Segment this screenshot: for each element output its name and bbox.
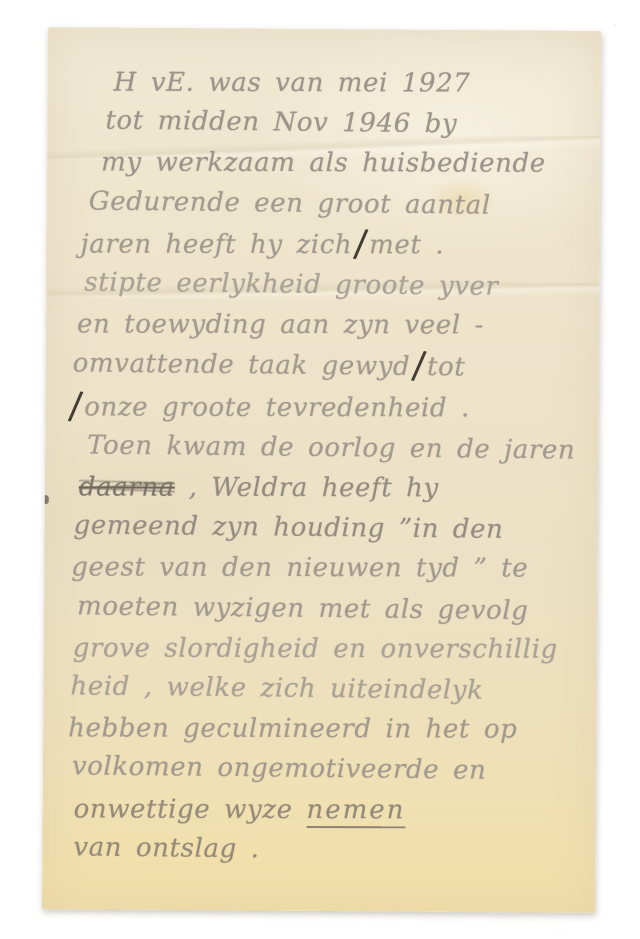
text-segment: H vE. was van mei 1927 (114, 68, 471, 99)
handwritten-line: tot midden Nov 1946 by (105, 101, 596, 146)
ink-correction-mark: / (66, 378, 86, 433)
text-segment: my werkzaam als huisbediende (101, 148, 546, 179)
handwritten-line: H vE. was van mei 1927 (114, 63, 597, 104)
handwriting-block: H vE. was van mei 1927tot midden Nov 194… (56, 61, 597, 872)
text-segment: stipte eerlykheid groote yver (84, 267, 499, 301)
text-segment: gemeend zyn houding ”in den (73, 511, 503, 545)
handwritten-line: heid , welke zich uiteindelyk (70, 666, 592, 712)
text-segment: omvattende taak gewyd (73, 349, 411, 383)
handwritten-line: omvattende taak gewyd/tot (73, 343, 595, 390)
text-segment: tot midden Nov 1946 by (105, 106, 457, 140)
text-segment: heid , welke zich uiteindelyk (70, 671, 483, 705)
handwritten-line: van ontslag . (73, 827, 591, 873)
paper-edge-nick (44, 495, 49, 504)
ink-correction-mark: / (351, 216, 371, 271)
text-segment: geest van den nieuwen tyd ” te (71, 553, 528, 584)
handwritten-line: jaren heeft hy zich/met . (81, 223, 596, 266)
handwritten-line: volkomen ongemotiveerde en (72, 747, 592, 793)
handwritten-line: /onze groote tevredenheid . (67, 386, 594, 429)
text-segment: hebben geculmineerd in het op (68, 714, 517, 745)
text-segment: Gedurende een groot aantal (89, 186, 491, 220)
text-segment: van ontslag . (73, 832, 259, 864)
handwritten-line: moeten wyzigen met als gevolg (77, 586, 593, 632)
handwritten-line: onwettige wyze nemen (74, 789, 592, 831)
handwritten-line: my werkzaam als huisbediende (101, 143, 596, 184)
text-segment: volkomen ongemotiveerde en (72, 752, 487, 786)
handwritten-line: stipte eerlykheid groote yver (84, 262, 595, 308)
handwritten-line: Toen kwam de oorlog en de jaren (87, 425, 594, 471)
scribbled-out-word: daarna (79, 472, 175, 502)
text-segment: onwettige wyze (74, 794, 307, 825)
text-segment: jaren heeft hy zich (81, 229, 353, 260)
paper-sheet: H vE. was van mei 1927tot midden Nov 194… (42, 27, 601, 913)
text-segment: met . (369, 230, 444, 260)
text-segment: , Weldra heeft hy (175, 473, 439, 504)
text-segment: onze groote tevredenheid . (84, 392, 470, 423)
handwritten-line: geest van den nieuwen tyd ” te (71, 548, 593, 590)
underlined-word: nemen (306, 795, 405, 828)
text-segment: moeten wyzigen met als gevolg (77, 591, 529, 626)
text-segment: tot (427, 352, 466, 382)
handwritten-line: daarna , Weldra heeft hy (79, 467, 594, 509)
handwritten-line: hebben geculmineerd in het op (68, 709, 592, 751)
handwritten-line: Gedurende een groot aantal (89, 181, 596, 227)
handwritten-line: gemeend zyn houding ”in den (73, 506, 593, 552)
text-segment: en toewyding aan zyn veel - (77, 310, 484, 341)
text-segment: grove slordigheid en onverschillig (73, 633, 558, 664)
handwritten-line: en toewyding aan zyn veel - (77, 305, 595, 347)
text-segment: Toen kwam de oorlog en de jaren (87, 430, 575, 465)
handwritten-line: grove slordigheid en onverschillig (73, 628, 593, 670)
